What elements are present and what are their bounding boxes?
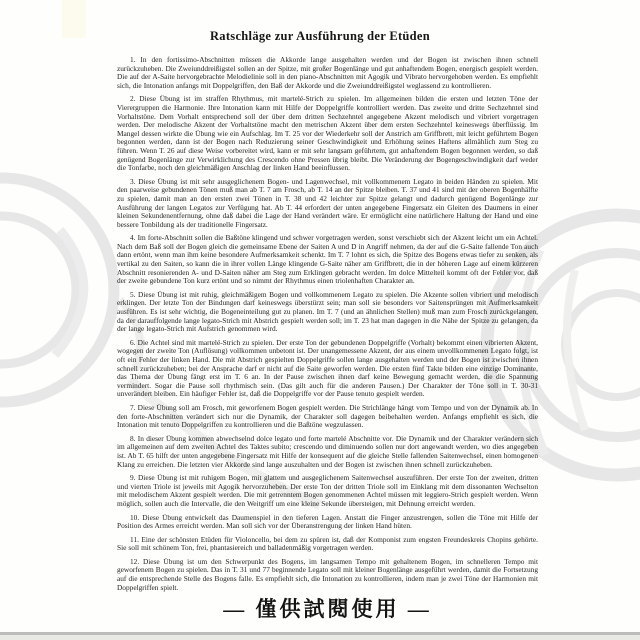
paragraph-10: 10. Diese Übung entwickelt das Daumenspi… — [117, 514, 538, 531]
paragraph-2: 2. Diese Übung ist im straffen Rhythmus,… — [117, 95, 538, 172]
body-text: 1. In den fortissimo-Abschnitten müssen … — [117, 56, 538, 597]
paragraph-12: 12. Diese Übung ist um den Schwerpunkt d… — [117, 558, 538, 592]
paragraph-11: 11. Eine der schönsten Etüden für Violon… — [117, 536, 538, 553]
paragraph-5: 5. Diese Übung ist mit ruhig, gleichmäßi… — [117, 291, 538, 334]
scanned-document-page: Ratschläge zur Ausführung der Etüden 1. … — [0, 0, 640, 640]
paragraph-6: 6. Die Achtel sind mit martelé-Strich zu… — [117, 339, 538, 399]
paragraph-7: 7. Diese Übung soll am Frosch, mit gewor… — [117, 404, 538, 430]
paragraph-3: 3. Diese Übung ist mit sehr ausgeglichen… — [117, 178, 538, 230]
preview-only-watermark-text: — 僅供試閱使用 — — [117, 593, 538, 623]
scan-bottom-edge-soft — [0, 635, 640, 640]
page-title: Ratschläge zur Ausführung der Etüden — [0, 0, 640, 44]
paragraph-9: 9. Diese Übung ist mit ruhigem Bogen, mi… — [117, 474, 538, 508]
paragraph-4: 4. Im forte-Abschnitt sollen die Baßtöne… — [117, 234, 538, 286]
paragraph-1: 1. In den fortissimo-Abschnitten müssen … — [117, 56, 538, 90]
paragraph-8: 8. In dieser Übung kommen abwechselnd do… — [117, 435, 538, 469]
